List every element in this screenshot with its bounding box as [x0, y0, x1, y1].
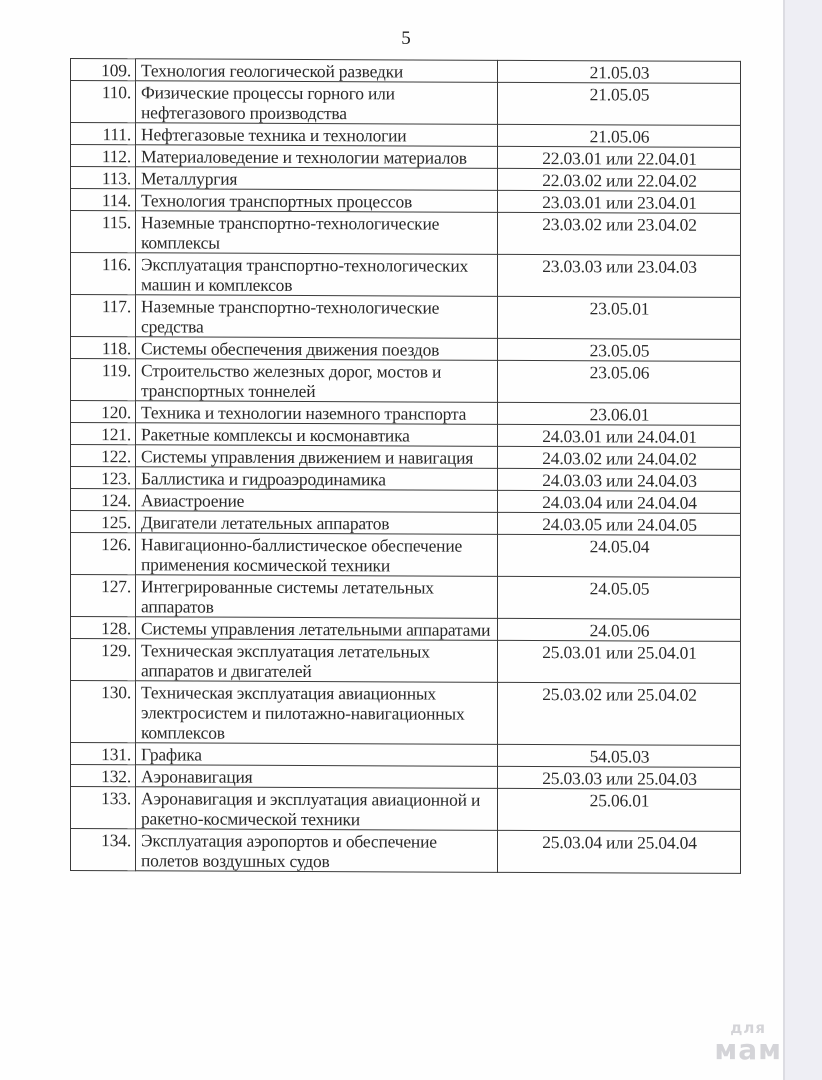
specialty-code: 24.03.04 или 24.04.04 [498, 490, 741, 513]
table-row: 124. Авиастроение 24.03.04 или 24.04.04 [71, 489, 741, 514]
table-row: 126. Навигационно-баллистическое обеспеч… [71, 533, 741, 578]
specialty-code: 23.03.03 или 23.04.03 [498, 254, 741, 297]
specialty-code: 24.03.05 или 24.04.05 [498, 512, 741, 535]
specialty-title: Аэронавигация и эксплуатация авиационной… [136, 787, 498, 831]
table-row: 120. Техника и технологии наземного тран… [71, 401, 741, 426]
specialty-title: Физические процессы горного или нефтегаз… [136, 81, 498, 125]
specialty-title: Баллистика и гидроаэродинамика [136, 467, 498, 491]
row-number: 127. [71, 575, 136, 617]
specialty-title: Двигатели летательных аппаратов [136, 511, 498, 535]
specialty-code: 21.05.03 [498, 60, 741, 83]
specialty-title: Наземные транспортно-технологические сре… [136, 295, 498, 339]
specialties-table: 109. Технология геологической разведки 2… [70, 58, 741, 874]
viewer-side-strip [783, 0, 822, 1080]
table-row: 131. Графика 54.05.03 [71, 743, 741, 768]
specialty-code: 24.03.02 или 24.04.02 [498, 446, 741, 469]
table-row: 132. Аэронавигация 25.03.03 или 25.04.03 [71, 765, 741, 790]
specialty-code: 23.05.06 [498, 360, 741, 403]
table-row: 112. Материаловедение и технологии матер… [71, 145, 741, 170]
specialty-code: 23.06.01 [498, 402, 741, 425]
table-body: 109. Технология геологической разведки 2… [71, 59, 741, 874]
specialty-title: Эксплуатация аэропортов и обеспечение по… [136, 829, 498, 873]
specialty-title: Наземные транспортно-технологические ком… [136, 211, 498, 255]
row-number: 119. [71, 359, 136, 401]
row-number: 124. [71, 489, 136, 511]
table-row: 111. Нефтегазовые техника и технологии 2… [71, 123, 741, 148]
table-row: 110. Физические процессы горного или неф… [71, 81, 741, 126]
specialty-code: 23.05.05 [498, 338, 741, 361]
specialty-code: 22.03.02 или 22.04.02 [498, 168, 741, 191]
specialty-title: Техника и технологии наземного транспорт… [136, 401, 498, 425]
specialty-code: 24.05.05 [498, 576, 741, 619]
specialty-code: 21.05.05 [498, 82, 741, 125]
specialty-title: Техническая эксплуатация авиационных эле… [136, 681, 498, 745]
specialty-title: Строительство железных дорог, мостов и т… [136, 359, 498, 403]
table-row: 128. Системы управления летательными апп… [71, 617, 741, 642]
specialty-title: Системы управления движением и навигация [136, 445, 498, 469]
table-row: 115. Наземные транспортно-технологически… [71, 211, 741, 256]
row-number: 112. [71, 145, 136, 167]
specialty-title: Графика [136, 743, 498, 767]
specialty-code: 54.05.03 [498, 744, 741, 767]
table-row: 113. Металлургия 22.03.02 или 22.04.02 [71, 167, 741, 192]
specialty-title: Металлургия [136, 167, 498, 191]
table-row: 109. Технология геологической разведки 2… [71, 59, 741, 84]
specialty-code: 25.03.01 или 25.04.01 [498, 640, 741, 683]
row-number: 109. [71, 59, 136, 81]
row-number: 128. [71, 617, 136, 639]
specialty-code: 24.05.04 [498, 534, 741, 577]
row-number: 110. [71, 81, 136, 123]
specialty-title: Навигационно-баллистическое обеспечение … [136, 533, 498, 577]
table-row: 122. Системы управления движением и нави… [71, 445, 741, 470]
specialty-title: Материаловедение и технологии материалов [136, 145, 498, 169]
row-number: 126. [71, 533, 136, 575]
document-page: 5 109. Технология геологической разведки… [0, 0, 783, 1080]
row-number: 121. [71, 423, 136, 445]
row-number: 114. [71, 189, 136, 211]
table-row: 117. Наземные транспортно-технологически… [71, 295, 741, 340]
specialty-code: 23.03.02 или 23.04.02 [498, 212, 741, 255]
watermark-bottom: мам [714, 1036, 782, 1064]
row-number: 115. [71, 211, 136, 253]
page-number: 5 [0, 28, 812, 50]
specialty-code: 24.05.06 [498, 618, 741, 641]
row-number: 125. [71, 511, 136, 533]
specialty-title: Интегрированные системы летательных аппа… [136, 575, 498, 619]
specialty-code: 22.03.01 или 22.04.01 [498, 146, 741, 169]
table-row: 125. Двигатели летательных аппаратов 24.… [71, 511, 741, 536]
row-number: 131. [71, 743, 136, 765]
row-number: 118. [71, 337, 136, 359]
row-number: 134. [71, 829, 136, 871]
row-number: 132. [71, 765, 136, 787]
specialty-code: 23.05.01 [498, 296, 741, 339]
table-row: 114. Технология транспортных процессов 2… [71, 189, 741, 214]
table-row: 134. Эксплуатация аэропортов и обеспечен… [71, 829, 741, 874]
specialty-code: 25.03.03 или 25.04.03 [498, 766, 741, 789]
specialty-code: 23.03.01 или 23.04.01 [498, 190, 741, 213]
row-number: 129. [71, 639, 136, 681]
specialty-title: Эксплуатация транспортно-технологических… [136, 253, 498, 297]
table-row: 133. Аэронавигация и эксплуатация авиаци… [71, 787, 741, 832]
specialty-title: Ракетные комплексы и космонавтика [136, 423, 498, 447]
table-row: 129. Техническая эксплуатация летательны… [71, 639, 741, 684]
specialty-title: Технология транспортных процессов [136, 189, 498, 213]
specialty-title: Технология геологической разведки [136, 59, 498, 83]
row-number: 116. [71, 253, 136, 295]
specialty-code: 21.05.06 [498, 124, 741, 147]
specialty-code: 24.03.01 или 24.04.01 [498, 424, 741, 447]
specialty-title: Системы обеспечения движения поездов [136, 337, 498, 361]
watermark-logo: для мам [714, 1021, 782, 1064]
table-row: 116. Эксплуатация транспортно-технологич… [71, 253, 741, 298]
table-row: 127. Интегрированные системы летательных… [71, 575, 741, 620]
specialty-title: Авиастроение [136, 489, 498, 513]
row-number: 122. [71, 445, 136, 467]
table-row: 130. Техническая эксплуатация авиационны… [71, 681, 741, 746]
specialty-code: 25.06.01 [498, 788, 741, 831]
specialty-code: 24.03.03 или 24.04.03 [498, 468, 741, 491]
specialty-title: Нефтегазовые техника и технологии [136, 123, 498, 147]
row-number: 120. [71, 401, 136, 423]
row-number: 113. [71, 167, 136, 189]
table-row: 118. Системы обеспечения движения поездо… [71, 337, 741, 362]
table-row: 121. Ракетные комплексы и космонавтика 2… [71, 423, 741, 448]
table-row: 119. Строительство железных дорог, мосто… [71, 359, 741, 404]
row-number: 111. [71, 123, 136, 145]
row-number: 133. [71, 787, 136, 829]
specialty-title: Системы управления летательными аппарата… [136, 617, 498, 641]
specialty-code: 25.03.02 или 25.04.02 [498, 682, 741, 745]
specialty-title: Аэронавигация [136, 765, 498, 789]
row-number: 123. [71, 467, 136, 489]
specialty-title: Техническая эксплуатация летательных апп… [136, 639, 498, 683]
row-number: 117. [71, 295, 136, 337]
table-row: 123. Баллистика и гидроаэродинамика 24.0… [71, 467, 741, 492]
row-number: 130. [71, 681, 136, 743]
specialty-code: 25.03.04 или 25.04.04 [498, 830, 741, 873]
